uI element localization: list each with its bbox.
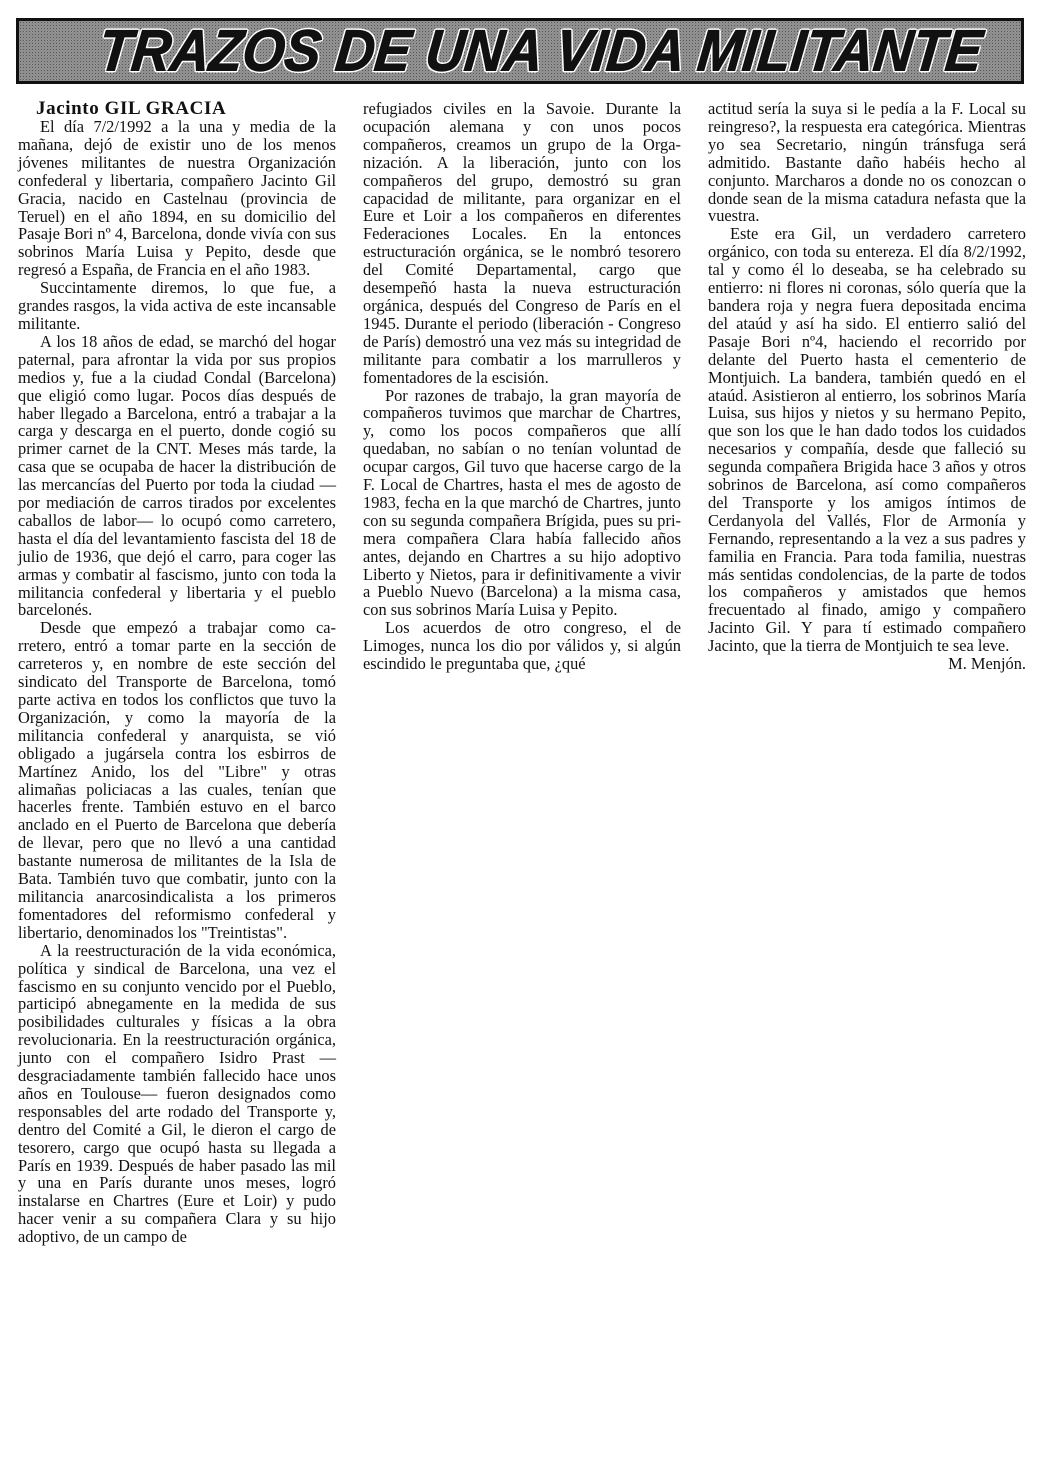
- article-byline: Jacinto GIL GRACIA: [18, 100, 336, 118]
- paragraph: Los acuerdos de otro congreso, el de Lim…: [363, 619, 681, 673]
- paragraph: El día 7/2/1992 a la una y media de la m…: [18, 118, 336, 279]
- paragraph: A la reestructuración de la vida econó­m…: [18, 942, 336, 1246]
- paragraph-continued: actitud sería la suya si le pedía a la F…: [708, 100, 1026, 225]
- paragraph: Por razones de trabajo, la gran mayoría …: [363, 387, 681, 620]
- article-column-2: refugiados civiles en la Savoie. Durante…: [363, 100, 681, 1246]
- paragraph: Desde que empezó a trabajar como ca­rret…: [18, 619, 336, 941]
- paragraph: Succintamente diremos, lo que fue, a gra…: [18, 279, 336, 333]
- paragraph-continued: refugiados civiles en la Savoie. Durante…: [363, 100, 681, 387]
- paragraph: Este era Gil, un verdadero carretero org…: [708, 225, 1026, 655]
- headline-banner: TRAZOS DE UNA VIDA MILITANTE: [16, 18, 1024, 84]
- page-title: TRAZOS DE UNA VIDA MILITANTE: [95, 22, 984, 80]
- article-column-1: Jacinto GIL GRACIA El día 7/2/1992 a la …: [18, 100, 336, 1246]
- article-column-3: actitud sería la suya si le pedía a la F…: [708, 100, 1026, 1246]
- author-signature: M. Menjón.: [708, 655, 1026, 673]
- paragraph: A los 18 años de edad, se marchó del hog…: [18, 333, 336, 620]
- article-body: Jacinto GIL GRACIA El día 7/2/1992 a la …: [18, 100, 1028, 1246]
